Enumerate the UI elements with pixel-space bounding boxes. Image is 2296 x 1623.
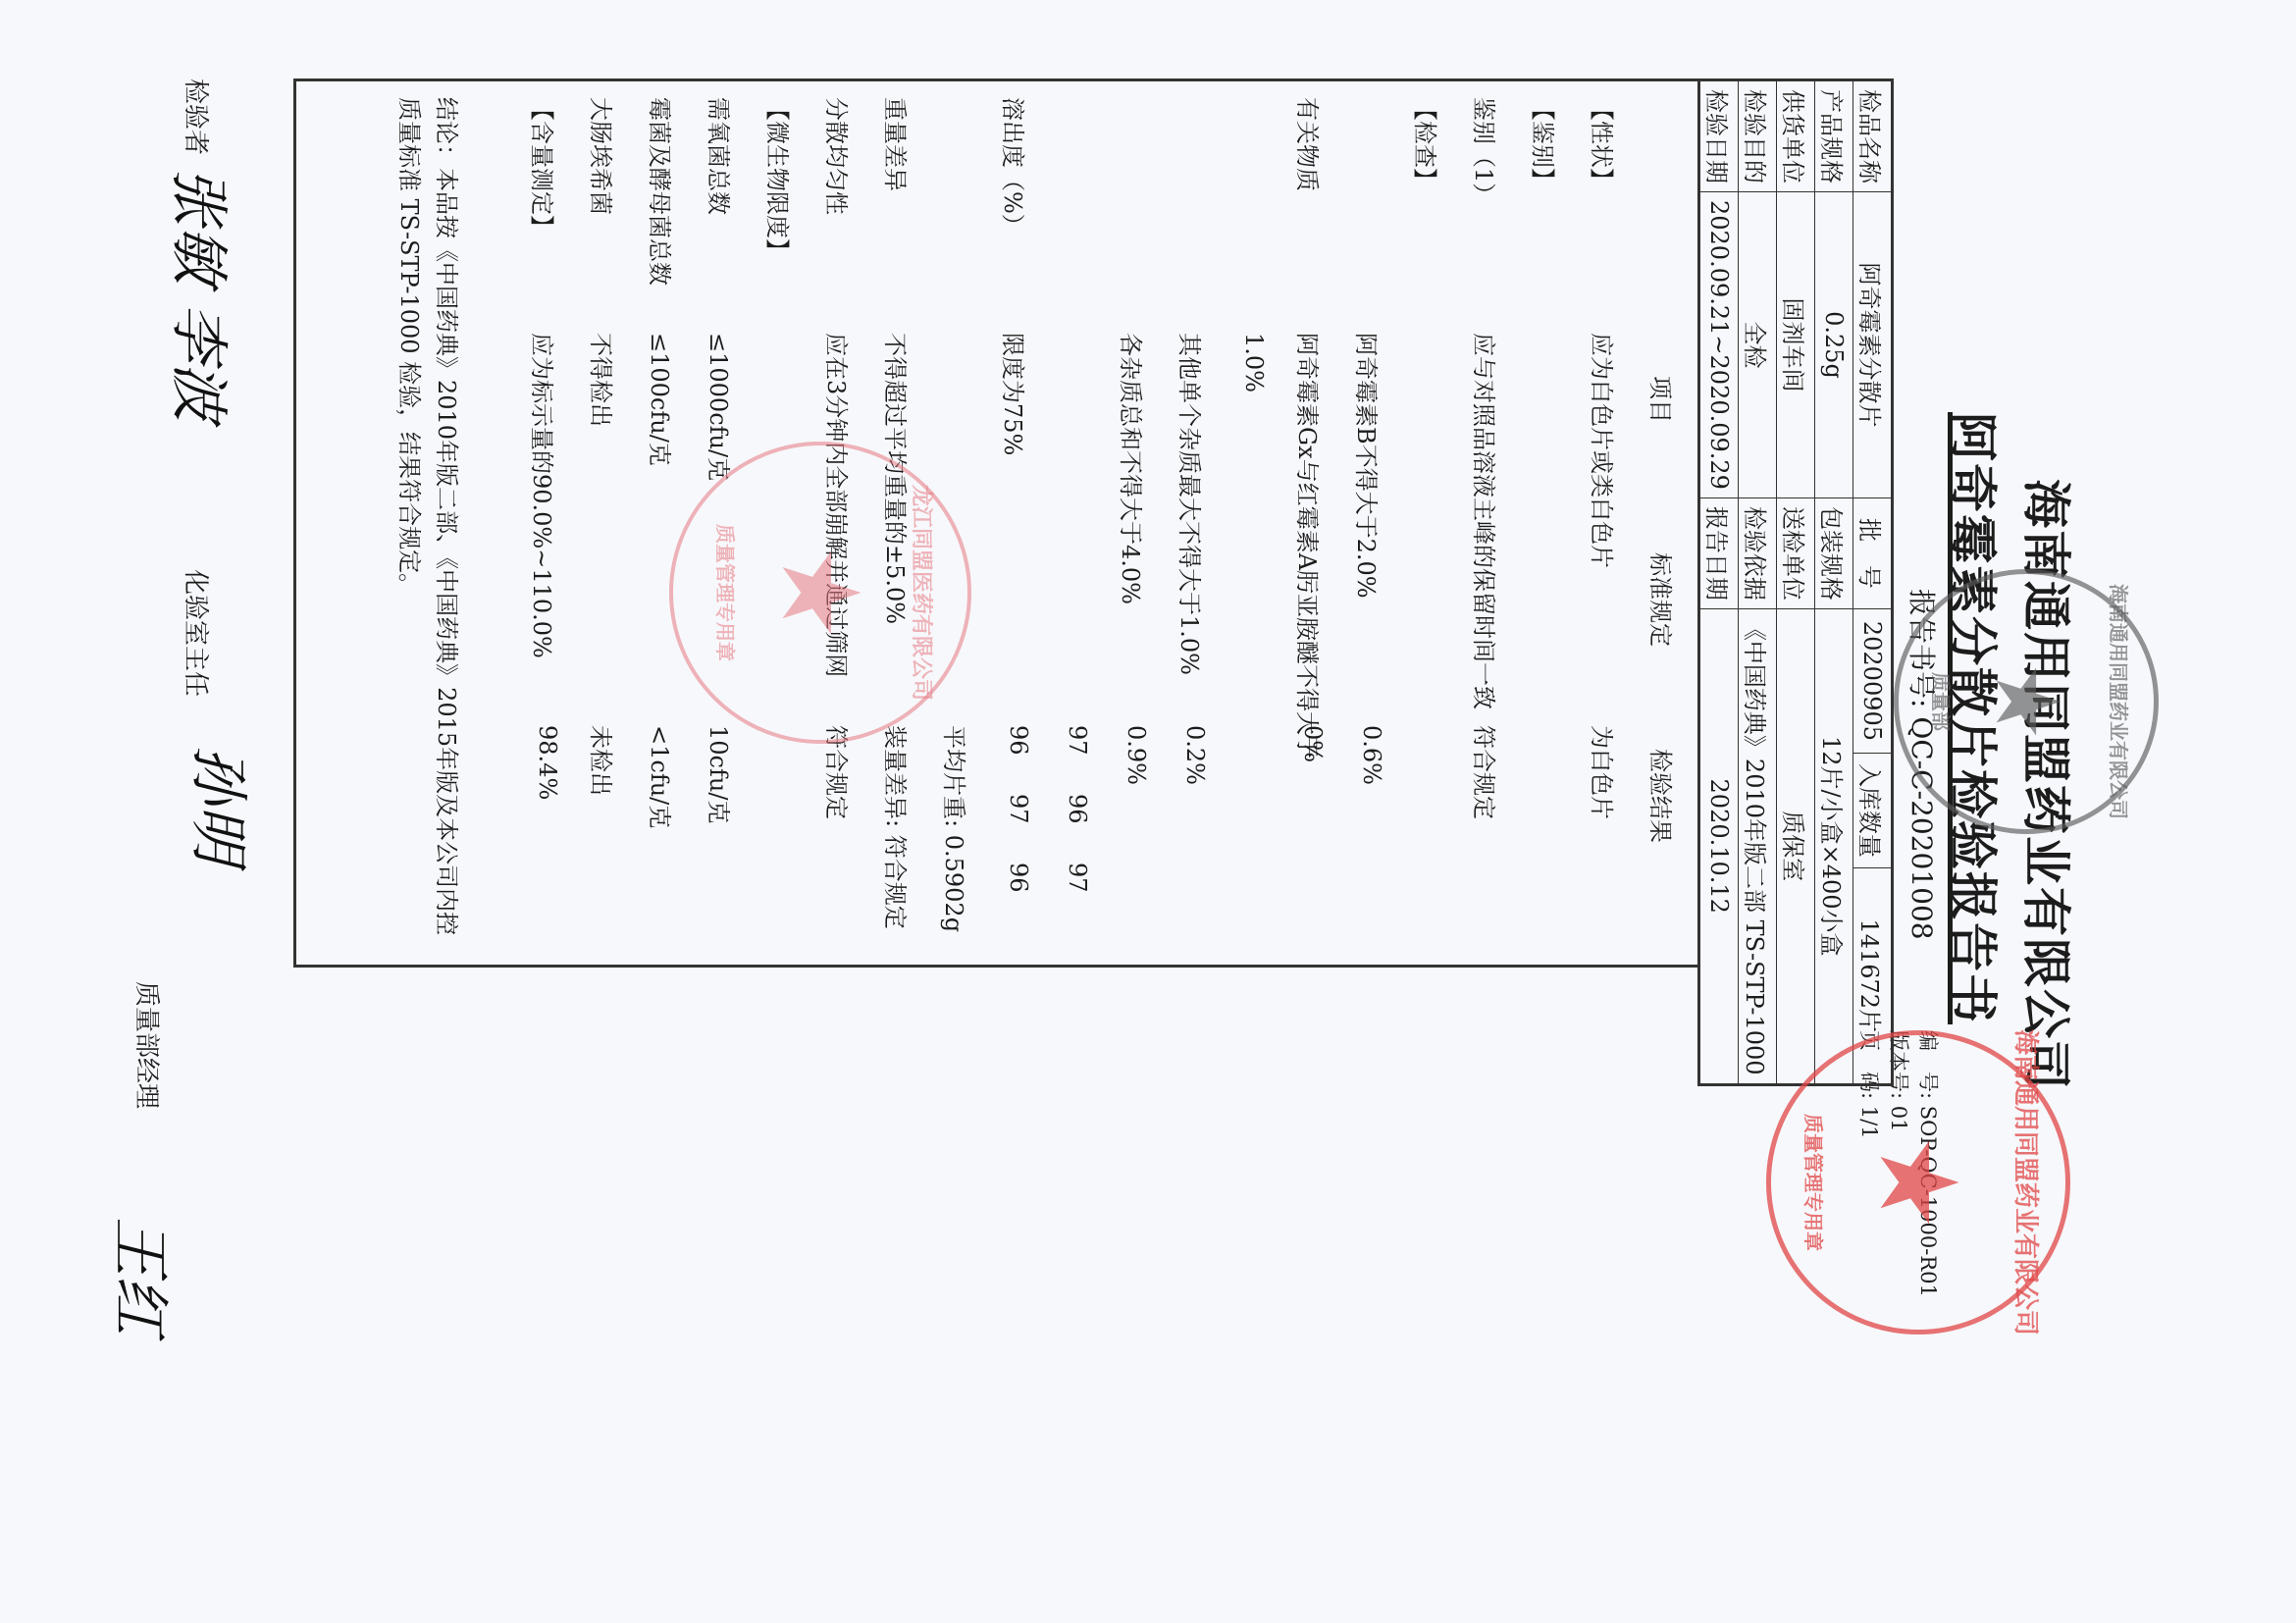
- test-result: 969796: [1005, 725, 1032, 931]
- info-value: 固剂车间: [1777, 192, 1815, 498]
- info-label: 产品规格: [1815, 80, 1853, 192]
- signature-block: 检验者 张敏 李波 化验室主任 孙明 质量部经理 王红: [49, 39, 245, 1511]
- test-result: 为白色片: [1587, 725, 1621, 819]
- test-standard: ≤1000cfu/克: [704, 333, 738, 481]
- test-item: 【含量测定】: [527, 97, 561, 238]
- test-standard: 不得检出: [586, 333, 620, 427]
- test-result: 装量差异: 符合规定: [880, 725, 914, 929]
- test-results-box: 项目 标准规定 检验结果 【性状】应为白色片或类白色片为白色片【鉴别】鉴别（1）…: [293, 79, 1699, 968]
- test-row: 【含量测定】应为标示量的90.0%~110.0%98.4%: [528, 97, 561, 949]
- inspector-label: 检验者: [180, 79, 216, 155]
- test-row: 各杂质总和不得大于4.0%0.9%: [1117, 97, 1150, 949]
- test-standard: 阿奇霉素B不得大于2.0%: [1351, 333, 1385, 599]
- sop-code: 编 号: SOP-QC-1000-R01: [1913, 1030, 1943, 1297]
- dissolution-value: 96: [1064, 794, 1091, 863]
- dissolution-value: 97: [1064, 863, 1091, 931]
- report-number: 报告书号: QC-C-20201008: [1904, 589, 1943, 940]
- info-value: 阿奇霉素分散片: [1853, 192, 1893, 498]
- info-value: 全检: [1739, 192, 1777, 498]
- test-standard: 1.0%: [1240, 333, 1268, 393]
- document-title: 阿奇霉素分散片检验报告书: [1941, 412, 2011, 1197]
- info-value: 20200905: [1853, 608, 1893, 753]
- test-row: 大肠埃希菌不得检出未检出: [587, 97, 620, 949]
- dissolution-value: 97: [1005, 794, 1032, 863]
- test-result: 0.9%: [1122, 725, 1150, 785]
- lab-head-label: 化验室主任: [180, 569, 216, 697]
- test-row: 【鉴别】: [1529, 97, 1562, 949]
- test-result: 98.4%: [534, 725, 561, 800]
- test-standard: 应在3分钟内全部崩解并通过筛网: [821, 333, 856, 677]
- test-item: 【性状】: [1587, 97, 1621, 191]
- test-row: 鉴别（1）应与对照品溶液主峰的保留时间一致符合规定: [1470, 97, 1503, 949]
- info-value: 质保室: [1777, 608, 1815, 1084]
- test-item: 需氧菌总数: [704, 97, 738, 215]
- test-item: 【检查】: [1410, 97, 1444, 191]
- red-seal-subtitle: 质量管理专用章: [1800, 1114, 1829, 1251]
- info-value: 2020.09.21~2020.09.29: [1699, 192, 1739, 498]
- info-value: 141672片: [1853, 867, 1893, 1084]
- test-item: 鉴别（1）: [1469, 97, 1503, 206]
- info-label: 报告日期: [1699, 497, 1739, 608]
- info-value: 12片/小盒×400小盒: [1815, 608, 1853, 1084]
- test-item: 有关物质: [1292, 97, 1327, 191]
- test-standard: 各杂质总和不得大于4.0%: [1116, 333, 1150, 604]
- qa-manager-signature: 王红: [102, 1217, 186, 1335]
- test-item: 【鉴别】: [1528, 97, 1562, 191]
- test-standard: 其他单个杂质最大不得大于1.0%: [1174, 333, 1209, 675]
- company-name: 海南通用同盟药业有限公司: [2014, 294, 2085, 1276]
- test-row: 有关物质阿奇霉素Gx与红霉素A肟亚胺醚不得大于0%: [1293, 97, 1327, 949]
- info-label: 入库数量: [1853, 753, 1893, 867]
- dissolution-value: 97: [1064, 725, 1091, 794]
- gray-seal-company: 海南通用同盟药业有限公司: [2106, 584, 2134, 819]
- inspection-report-page: 海南通用同盟药业有限公司 阿奇霉素分散片检验报告书 报告书号: QC-C-202…: [0, 0, 2296, 1623]
- info-label: 送检单位: [1777, 497, 1815, 608]
- info-label: 供货单位: [1777, 80, 1815, 192]
- info-label: 包装规格: [1815, 497, 1853, 608]
- test-standard: 应为白色片或类白色片: [1587, 333, 1621, 568]
- test-item: 【微生物限度】: [762, 97, 797, 262]
- test-row: 1.0%: [1234, 97, 1268, 949]
- report-number-value: QC-C-20201008: [1905, 716, 1938, 939]
- info-row: 检验目的 全检 检验依据 《中国药典》2010年版二部 TS-STP-1000: [1739, 80, 1777, 1085]
- test-item: 大肠埃希菌: [586, 97, 620, 215]
- column-header-item: 项目: [1645, 376, 1680, 423]
- test-row: 979697: [1058, 97, 1091, 949]
- info-row: 检品名称 阿奇霉素分散片 批 号 20200905 入库数量 141672片: [1853, 80, 1893, 1085]
- test-standard: 限度为75%: [998, 333, 1032, 455]
- info-row: 供货单位 固剂车间 送检单位 质保室: [1777, 80, 1815, 1085]
- qa-manager-label: 质量部经理: [130, 981, 167, 1109]
- info-label: 批 号: [1853, 497, 1893, 608]
- test-result: 符合规定: [1469, 725, 1503, 819]
- info-row: 检验日期 2020.09.21~2020.09.29 报告日期 2020.10.…: [1699, 80, 1739, 1085]
- info-row: 产品规格 0.25g 包装规格 12片/小盒×400小盒: [1815, 80, 1853, 1085]
- test-standard: 阿奇霉素Gx与红霉素A肟亚胺醚不得大于: [1292, 333, 1327, 759]
- test-standard: ≤100cfu/克: [645, 333, 679, 466]
- info-table: 检品名称 阿奇霉素分散片 批 号 20200905 入库数量 141672片 产…: [1697, 79, 1894, 1086]
- conclusion-text: 结论：本品按《中国药典》2010年版二部、《中国药典》2015年版及本公司内控质…: [391, 97, 465, 941]
- column-header-result: 检验结果: [1645, 749, 1680, 843]
- info-label: 检验日期: [1699, 80, 1739, 192]
- test-row: 其他单个杂质最大不得大于1.0%0.2%: [1175, 97, 1209, 949]
- info-value: 0.25g: [1815, 192, 1853, 498]
- test-result: 0.6%: [1358, 725, 1385, 785]
- info-value: 《中国药典》2010年版二部 TS-STP-1000: [1739, 608, 1777, 1084]
- test-row: 【微生物限度】: [763, 97, 797, 949]
- test-standard: 不得超过平均重量的±5.0%: [880, 333, 914, 624]
- info-value: 2020.10.12: [1699, 608, 1739, 1084]
- test-result: 未检出: [586, 725, 620, 796]
- test-row: 需氧菌总数≤1000cfu/克10cfu/克: [704, 97, 738, 949]
- lab-head-signature: 孙明: [181, 746, 265, 864]
- test-row: 【检查】: [1411, 97, 1444, 949]
- test-result: 0.2%: [1181, 725, 1209, 785]
- test-item: 溶出度（%）: [998, 97, 1032, 237]
- test-standard: 应与对照品溶液主峰的保留时间一致: [1469, 333, 1503, 709]
- test-result: 10cfu/克: [704, 725, 738, 823]
- inspector-signature: 张敏 李波: [161, 167, 245, 421]
- test-row: 阿奇霉素B不得大于2.0%0.6%: [1352, 97, 1385, 949]
- test-result: <1cfu/克: [645, 725, 679, 828]
- info-label: 检验目的: [1739, 80, 1777, 192]
- test-standard: 应为标示量的90.0%~110.0%: [527, 333, 561, 658]
- report-number-label: 报告书号:: [1905, 589, 1938, 707]
- test-item: 霉菌及酵母菌总数: [645, 97, 679, 286]
- dissolution-value: 96: [1005, 725, 1032, 794]
- test-row: 【性状】应为白色片或类白色片为白色片: [1588, 97, 1621, 949]
- test-item: 重量差异: [880, 97, 914, 191]
- column-header-standard: 标准规定: [1645, 552, 1680, 647]
- test-result: 符合规定: [821, 725, 856, 819]
- info-label: 检品名称: [1853, 80, 1893, 192]
- test-row: 溶出度（%）限度为75%969796: [999, 97, 1032, 949]
- info-label: 检验依据: [1739, 497, 1777, 608]
- test-result: 0%: [1299, 725, 1327, 762]
- dissolution-value: 96: [1005, 863, 1032, 931]
- test-row: 分散均匀性应在3分钟内全部崩解并通过筛网符合规定: [822, 97, 856, 949]
- test-row: 重量差异不得超过平均重量的±5.0%装量差异: 符合规定: [881, 97, 914, 949]
- test-item: 分散均匀性: [821, 97, 856, 215]
- test-result: 979697: [1064, 725, 1091, 931]
- test-result: 平均片重: 0.5902g: [939, 725, 973, 932]
- test-row: 霉菌及酵母菌总数≤100cfu/克<1cfu/克: [646, 97, 679, 949]
- test-row: 平均片重: 0.5902g: [940, 97, 973, 949]
